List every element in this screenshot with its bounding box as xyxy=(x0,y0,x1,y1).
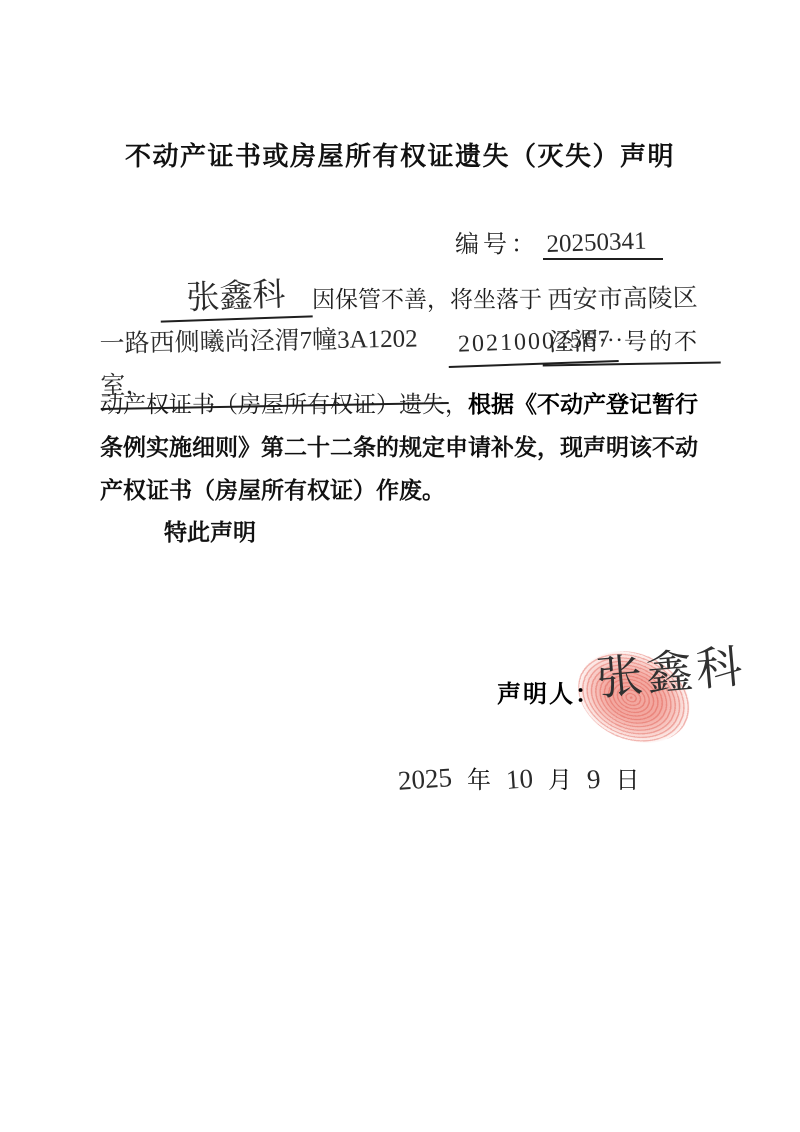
serial-number-handwritten: 20250341 xyxy=(546,227,665,259)
statement-line-5: 产权证书（房屋所有权证）作废。 xyxy=(100,469,720,511)
declarant-name-handwritten: 张鑫科 xyxy=(159,273,312,322)
serial-line: 编号： 20250341 xyxy=(455,224,665,259)
serial-underline xyxy=(543,258,663,260)
printed-line3-serif: 动产权证书（房屋所有权证）遗失， xyxy=(100,392,468,417)
printed-text-after-name: 因保管不善，将坐落于 xyxy=(312,279,542,321)
date-day-handwritten: 9 xyxy=(586,764,602,796)
statement-closing: 特此声明 xyxy=(100,511,720,553)
printed-line3-bold: 根据《不动产登记暂行 xyxy=(468,391,698,417)
date-line: 2025 年 10 月 9 日 xyxy=(398,760,640,795)
signer-signature-handwritten: 张鑫科 xyxy=(593,630,748,709)
printed-text-after-number: 号的不 xyxy=(618,321,699,363)
document-page: 不动产证书或房屋所有权证遗失（灭失）声明 编号： 20250341 张鑫科 因保… xyxy=(0,0,800,1132)
statement-line-4: 条例实施细则》第二十二条的规定申请补发，现声明该不动 xyxy=(100,426,720,468)
serial-label: 编号： xyxy=(455,224,539,259)
date-year-handwritten: 2025 xyxy=(397,762,453,797)
statement-line-3: 动产权证书（房屋所有权证）遗失，根据《不动产登记暂行 xyxy=(100,383,720,426)
certificate-number-handwritten: 20210002567 xyxy=(447,318,618,368)
date-month-handwritten: 10 xyxy=(505,763,534,796)
date-month-unit: 月 xyxy=(548,760,572,795)
signer-label: 声明人： xyxy=(497,674,601,709)
document-title: 不动产证书或房屋所有权证遗失（灭失）声明 xyxy=(0,136,800,173)
signer-line: 声明人： xyxy=(497,674,601,709)
date-day-unit: 日 xyxy=(616,760,640,795)
date-year-unit: 年 xyxy=(467,760,491,795)
